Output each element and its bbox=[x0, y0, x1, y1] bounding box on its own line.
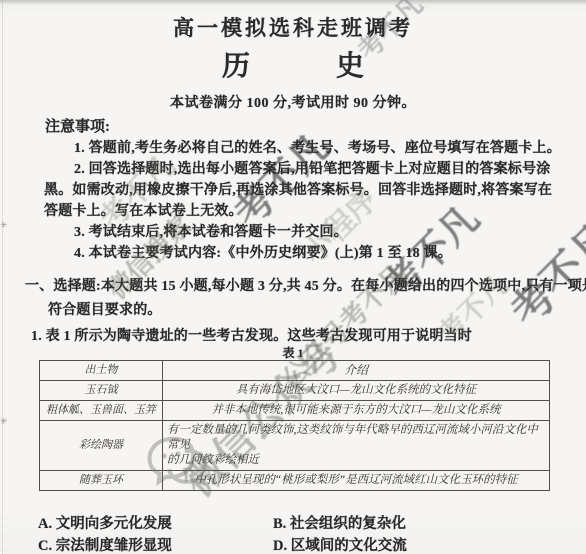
notice-heading: 注意事项: bbox=[45, 115, 110, 136]
option-b-text: 社会组织的复杂化 bbox=[290, 516, 406, 532]
exam-paper-page: ✳ ✳ 高一模拟选科走班调考 历 史 本试卷满分 100 分,考试用时 90 分… bbox=[0, 0, 586, 554]
table-cell-intro: 并非本地传统,很可能来源于东方的大汶口—龙山文化系统 bbox=[163, 401, 550, 421]
option-d-label: D. bbox=[273, 538, 287, 554]
option-b-label: B. bbox=[273, 516, 286, 532]
exam-title: 高一模拟选科走班调考 bbox=[0, 12, 586, 42]
archaeology-table: 出土物 介绍 玉石钺 具有海岱地区大汶口—龙山文化系统的文化特征 粗体觚、玉兽面… bbox=[39, 360, 550, 491]
table-header-row: 出土物 介绍 bbox=[40, 361, 550, 381]
option-c: C. 宗法制度雏形显现 bbox=[38, 534, 172, 554]
table-header-intro: 介绍 bbox=[163, 361, 550, 381]
table-row: 彩绘陶器 有一定数量的几何类纹饰,这类纹饰与年代略早的西辽河流域小河沿文化中常见… bbox=[40, 421, 550, 471]
section1-heading-line2: 符合题目要求的。 bbox=[48, 299, 162, 319]
subject-title: 历 史 bbox=[0, 44, 586, 84]
option-a-label: A. bbox=[38, 516, 52, 532]
option-a: A. 文明向多元化发展 bbox=[38, 512, 172, 533]
option-c-label: C. bbox=[38, 538, 52, 554]
notice-line-4: 答题卡上。写在本试卷上无效。 bbox=[44, 200, 243, 220]
scan-artifact: ✳ bbox=[0, 418, 8, 427]
subject-char-li: 历 bbox=[222, 44, 250, 84]
subject-char-shi: 史 bbox=[336, 44, 364, 84]
intro-line-1: 有一定数量的几何类纹饰,这类纹饰与年代略早的西辽河流域小河沿文化中常见 bbox=[167, 423, 545, 453]
notice-line-1: 1. 答题前,考生务必将自己的姓名、考生号、考场号、座位号填写在答题卡上。 bbox=[74, 137, 561, 157]
exam-meta-line: 本试卷满分 100 分,考试用时 90 分钟。 bbox=[0, 92, 586, 112]
table-row: 玉石钺 具有海岱地区大汶口—龙山文化系统的文化特征 bbox=[40, 381, 550, 401]
table-header-item: 出土物 bbox=[40, 361, 163, 381]
intro-line-2: 的几何纹彩绘相近 bbox=[167, 453, 545, 468]
table-row: 粗体觚、玉兽面、玉笄 并非本地传统,很可能来源于东方的大汶口—龙山文化系统 bbox=[40, 401, 550, 421]
option-c-text: 宗法制度雏形显现 bbox=[56, 538, 172, 554]
table-cell-item: 随葬玉环 bbox=[40, 471, 163, 491]
option-d-text: 区域间的文化交流 bbox=[291, 538, 407, 554]
table-cell-item: 玉石钺 bbox=[40, 381, 163, 401]
table-cell-item: 彩绘陶器 bbox=[40, 421, 163, 471]
section1-heading-line1: 一、选择题:本大题共 15 小题,每小题 3 分,共 45 分。在每小题给出的四… bbox=[25, 275, 586, 295]
option-b: B. 社会组织的复杂化 bbox=[273, 512, 406, 533]
option-a-text: 文明向多元化发展 bbox=[56, 516, 172, 532]
notice-line-6: 4. 本试卷主要考试内容:《中外历史纲要》(上)第 1 至 18 课。 bbox=[74, 242, 452, 262]
table-cell-intro: 中孔形状呈现的“桃形或梨形”是西辽河流域红山文化玉环的特征 bbox=[163, 471, 550, 491]
scan-artifact: ✳ bbox=[0, 222, 8, 231]
notice-line-3: 黑。如需改动,用橡皮擦干净后,再选涂其他答案标号。回答非选择题时,将答案写在 bbox=[44, 179, 552, 199]
table-row: 随葬玉环 中孔形状呈现的“桃形或梨形”是西辽河流域红山文化玉环的特征 bbox=[40, 471, 550, 491]
table-cell-item: 粗体觚、玉兽面、玉笄 bbox=[40, 401, 163, 421]
table-cell-intro: 具有海岱地区大汶口—龙山文化系统的文化特征 bbox=[163, 381, 550, 401]
table-cell-intro: 有一定数量的几何类纹饰,这类纹饰与年代略早的西辽河流域小河沿文化中常见 的几何纹… bbox=[163, 421, 550, 471]
question1-stem: 1. 表 1 所示为陶寺遗址的一些考古发现。这些考古发现可用于说明当时 bbox=[31, 325, 472, 345]
notice-line-5: 3. 考试结束后,将本试卷和答题卡一并交回。 bbox=[74, 221, 348, 241]
table-caption: 表 1 bbox=[0, 344, 586, 361]
watermark-text: 考不凡 bbox=[495, 206, 586, 338]
option-d: D. 区域间的文化交流 bbox=[273, 534, 407, 554]
notice-line-2: 2. 回答选择题时,选出每小题答案后,用铅笔把答题卡上对应题目的答案标号涂 bbox=[74, 158, 550, 178]
